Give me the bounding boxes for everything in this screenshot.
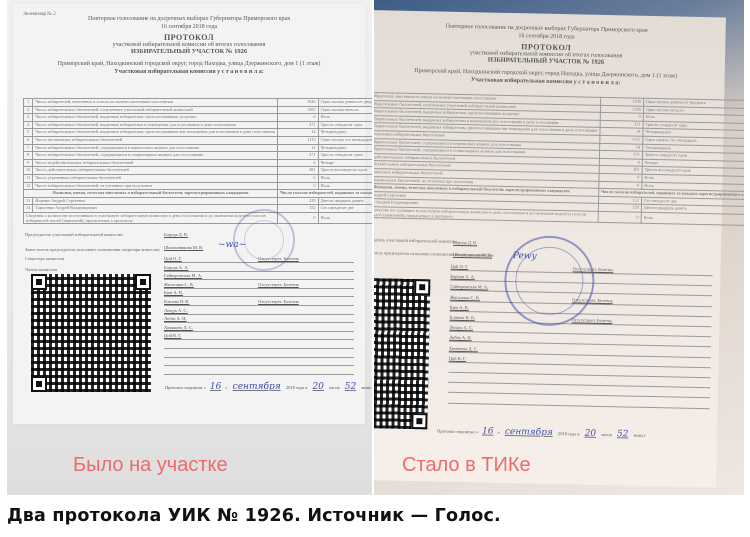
commission-member: Бородя А. А.: [164, 265, 189, 270]
candidate-name: Тарасенко Андрей Владимирович: [33, 205, 278, 213]
protocol-sheet: Экземпляр № 2 Повторное голосование на д…: [13, 4, 365, 424]
commission-member: Жигалина С. В.: [450, 294, 480, 300]
row-number: 12: [24, 182, 33, 190]
table-row: 12Число избирательных бюллетеней, не учт…: [24, 182, 373, 190]
row-value: 14: [277, 129, 318, 137]
signed-month: сентября: [229, 382, 285, 392]
signed-hour: 20: [308, 382, 327, 392]
commission-member: Цой О. Г.: [451, 264, 469, 269]
signature-line: [164, 365, 354, 366]
row-label: Число недействительных избирательных бюл…: [33, 159, 278, 167]
commission-member: Клюева Н. В.: [164, 299, 189, 304]
signature-line: [449, 351, 711, 357]
chair-name: Борода Д. В.: [453, 240, 477, 246]
signature-line: [448, 402, 710, 408]
commission-member: Лещук А. С.: [164, 308, 188, 313]
row-value: 0: [277, 182, 318, 190]
results-table: 1Число избирателей, внесенных в список н…: [23, 98, 372, 224]
row-value: 381: [277, 167, 318, 175]
row-label: Число избирательных бюллетеней, выданных…: [33, 114, 278, 122]
signature-line: [164, 296, 354, 297]
right-protocol-photo: Повторное голосование на досрочных выбор…: [374, 0, 744, 495]
commission-member: Ким А. В.: [164, 290, 183, 295]
signed-year: 2018 года в: [286, 385, 308, 390]
protocol-header: Повторное голосование на досрочных выбор…: [374, 22, 726, 88]
commission-member: Ким А. В.: [450, 305, 469, 310]
row-label: Число избирательных бюллетеней, не учтен…: [33, 182, 278, 190]
minutes-word: минут: [633, 433, 645, 438]
minutes-word: минут: [361, 385, 372, 390]
row-label: Число избирателей, внесенных в список на…: [33, 99, 278, 107]
row-number: 9: [24, 159, 33, 167]
row-value-words: Триста семьдесят один: [318, 152, 372, 160]
signature-line: [164, 331, 354, 332]
signed-prefix: Протокол подписан «: [165, 385, 206, 390]
protocol-sheet: Повторное голосование на досрочных выбор…: [374, 10, 726, 487]
commission-member: Цой В. Г.: [164, 333, 181, 338]
signature: Pewy: [513, 251, 537, 261]
row-value-words: Триста восемьдесят один: [318, 167, 372, 175]
row-label: Число избирательных бюллетеней, содержащ…: [33, 152, 278, 160]
commission-established: Участковая избирательная комиссия у с т …: [13, 69, 365, 75]
signature-line: [448, 392, 710, 398]
image-caption: Два протокола УИК № 1926. Источник — Гол…: [7, 506, 501, 526]
candidate-votes: 152: [277, 205, 318, 213]
row-value-words: Триста семьдесят одна: [318, 121, 372, 129]
signature-line: [164, 374, 354, 375]
candidate-row: 14Тарасенко Андрей Владимирович152Сто пя…: [24, 205, 373, 213]
row-value-words: Четырнадцать: [318, 144, 372, 152]
protocol-heading: ПРОТОКОЛ: [13, 33, 365, 42]
chair-name: Борода Д. В.: [164, 232, 188, 237]
row-number: 7: [24, 144, 33, 152]
row-number: 10: [24, 167, 33, 175]
commission-member: Жигалина С. В.: [164, 282, 194, 287]
row-number: 11: [24, 174, 33, 182]
commission-member: Лобач А. Н.: [449, 335, 472, 340]
signed-line: Протокол подписан «16» сентября 2018 год…: [437, 426, 645, 440]
election-date: 16 сентября 2018 года: [13, 24, 365, 30]
row-label: Число избирательных бюллетеней, выданных…: [33, 129, 278, 137]
signature-line: [164, 322, 354, 323]
signature-line: [164, 288, 354, 289]
signature-line: [164, 348, 354, 349]
commission-member: Цой В. Г.: [449, 356, 467, 361]
row-value-words: Одна тысяча сто пятнадцать: [318, 136, 372, 144]
deputy-label: Заместитель председателя исполняет полно…: [25, 247, 160, 252]
row-label: Число избирательных бюллетеней, полученн…: [33, 106, 278, 114]
table-row: 11Число утраченных избирательных бюллете…: [24, 174, 373, 182]
row-label: Число погашенных избирательных бюллетене…: [33, 136, 278, 144]
absent-note: Отсутствует. Болезнь: [258, 299, 299, 304]
row-value-words: Одна тысяча девятьсот двадцать шесть: [318, 99, 372, 107]
qr-finder: [411, 413, 427, 429]
complaints-value-words: Ноль: [318, 212, 372, 223]
candidate-name: Ищенко Андрей Сергеевич: [33, 197, 278, 205]
table-row: 9Число недействительных избирательных бю…: [24, 159, 373, 167]
row-number: 1: [24, 99, 33, 107]
election-title: Повторное голосование на досрочных выбор…: [13, 16, 365, 22]
signed-year: 2018 года в: [558, 431, 580, 436]
signed-month: сентября: [501, 427, 557, 438]
left-protocol-photo: Экземпляр № 2 Повторное голосование на д…: [7, 0, 372, 495]
row-number: 5: [24, 129, 33, 137]
table-row: 1Число избирателей, внесенных в список н…: [24, 99, 373, 107]
row-value: 1115: [277, 136, 318, 144]
table-row: 6Число погашенных избирательных бюллетен…: [24, 136, 373, 144]
row-value: 0: [277, 114, 318, 122]
row-value-words: Ноль: [318, 182, 372, 190]
row-number: 13: [24, 197, 33, 205]
commission-member: Лобач А. Н.: [164, 316, 187, 321]
qr-code: [31, 274, 151, 392]
table-row: 4Число избирательных бюллетеней, выданны…: [24, 121, 373, 129]
table-row: 2Число избирательных бюллетеней, получен…: [24, 106, 373, 114]
row-value-words: Четыре: [318, 159, 372, 167]
qr-code: [374, 278, 430, 429]
row-value-words: Четырнадцать: [318, 129, 372, 137]
precinct-number: ИЗБИРАТЕЛЬНЫЙ УЧАСТОК № 1926: [13, 48, 365, 55]
label-before: Было на участке: [73, 454, 228, 477]
signed-day: 16: [478, 426, 498, 436]
hours-word: часов: [601, 432, 612, 437]
candidates-header: Фамилии, имена, отчества внесенных в изб…: [24, 190, 278, 198]
commission-member: Клюева Н. В.: [450, 315, 476, 321]
signature-line: [164, 339, 354, 340]
signature-line: [449, 341, 711, 347]
row-value: 371: [277, 121, 318, 129]
signed-prefix: Протокол подписан «: [437, 429, 478, 435]
absent-note: Отсутствует. Болезнь: [258, 282, 299, 287]
row-value-words: Одна тысяча пятьсот: [318, 106, 372, 114]
commission-member: Лещук А. С.: [449, 325, 473, 330]
row-number: 8: [24, 152, 33, 160]
commission-member: Гайворонская М. А.: [164, 273, 202, 278]
qr-finder: [31, 376, 47, 392]
signature-line: [448, 382, 710, 388]
row-value: 1926: [277, 99, 318, 107]
table-row: 8Число избирательных бюллетеней, содержа…: [24, 152, 373, 160]
candidate-votes: 229: [277, 197, 318, 205]
signature-line: [449, 331, 711, 337]
row-number: 4: [24, 121, 33, 129]
row-number: 3: [24, 114, 33, 122]
commission-member: Бородя А. А.: [450, 274, 475, 280]
row-value: 4: [277, 159, 318, 167]
complaints-value-words: Ноль: [641, 212, 744, 226]
chair-label: Председатель участковой избирательной ко…: [374, 237, 457, 244]
protocol-header: Повторное голосование на досрочных выбор…: [13, 16, 365, 75]
table-row: 5Число избирательных бюллетеней, выданны…: [24, 129, 373, 137]
signed-hour: 20: [581, 429, 601, 439]
row-label: Число избирательных бюллетеней, содержащ…: [33, 144, 278, 152]
commission-member: Гайворонская М. А.: [450, 284, 488, 290]
table-row: 3Число избирательных бюллетеней, выданны…: [24, 114, 373, 122]
row-number: 14: [24, 205, 33, 213]
signature-line: [164, 314, 354, 315]
row-value: 14: [277, 144, 318, 152]
deputy-name: Шапошникова М. В.: [164, 245, 203, 250]
signature-line: [164, 279, 354, 280]
commission-member: Цой О. Г.: [164, 256, 182, 261]
row-value: 1500: [277, 106, 318, 114]
qr-finder: [135, 274, 151, 290]
signature: ~wa~: [218, 240, 246, 250]
label-after: Стало в ТИКе: [402, 454, 531, 477]
row-number: 6: [24, 136, 33, 144]
signed-day: 16: [206, 382, 225, 392]
absent-note: Отсутствует. Болезнь: [572, 317, 613, 323]
complaints-row: Сведения о количестве поступивших в учас…: [24, 212, 373, 223]
signed-minute: 52: [613, 429, 633, 439]
commission-member: Хомякова Д. С.: [449, 345, 478, 351]
qr-finder: [31, 274, 47, 290]
row-number: 2: [24, 106, 33, 114]
deputy-name: Шапошникова М. В.: [453, 252, 492, 258]
row-label: Число избирательных бюллетеней, выданных…: [33, 121, 278, 129]
row-value: 371: [277, 152, 318, 160]
candidates-header-row: Фамилии, имена, отчества внесенных в изб…: [24, 190, 373, 198]
signature-line: [449, 362, 711, 368]
secretary-label: Секретарь комиссии: [25, 256, 64, 261]
signature-line: [164, 305, 354, 306]
hours-word: часов: [329, 385, 340, 390]
row-label: Число действительных избирательных бюлле…: [33, 167, 278, 175]
candidate-votes-words: Сто пятьдесят две: [318, 205, 372, 213]
chair-label: Председатель участковой избирательной ко…: [25, 232, 123, 237]
row-value: 0: [277, 174, 318, 182]
signature-line: [164, 357, 354, 358]
members-label: Члены комиссии: [25, 267, 57, 272]
signed-minute: 52: [341, 382, 360, 392]
signed-line: Протокол подписан «16» сентября 2018 год…: [165, 382, 372, 392]
qr-finder: [414, 279, 430, 295]
row-value-words: Ноль: [318, 174, 372, 182]
results-table: 1Число избирателей, внесенных в список н…: [374, 92, 744, 227]
complaints-value: 0: [598, 211, 641, 223]
commission-member: Хомякова Д. С.: [164, 325, 193, 330]
table-row: 7Число избирательных бюллетеней, содержа…: [24, 144, 373, 152]
table-row: 10Число действительных избирательных бюл…: [24, 167, 373, 175]
row-value-words: Ноль: [318, 114, 372, 122]
row-label: Число утраченных избирательных бюллетене…: [33, 174, 278, 182]
candidate-row: 13Ищенко Андрей Сергеевич229Двести двадц…: [24, 197, 373, 205]
candidate-votes-words: Двести двадцать девять: [318, 197, 372, 205]
votes-header: Число голосов избирателей, поданных за к…: [277, 190, 372, 198]
precinct-address: Приморский край, Находкинский городской …: [13, 61, 365, 67]
signature-line: [448, 372, 710, 378]
